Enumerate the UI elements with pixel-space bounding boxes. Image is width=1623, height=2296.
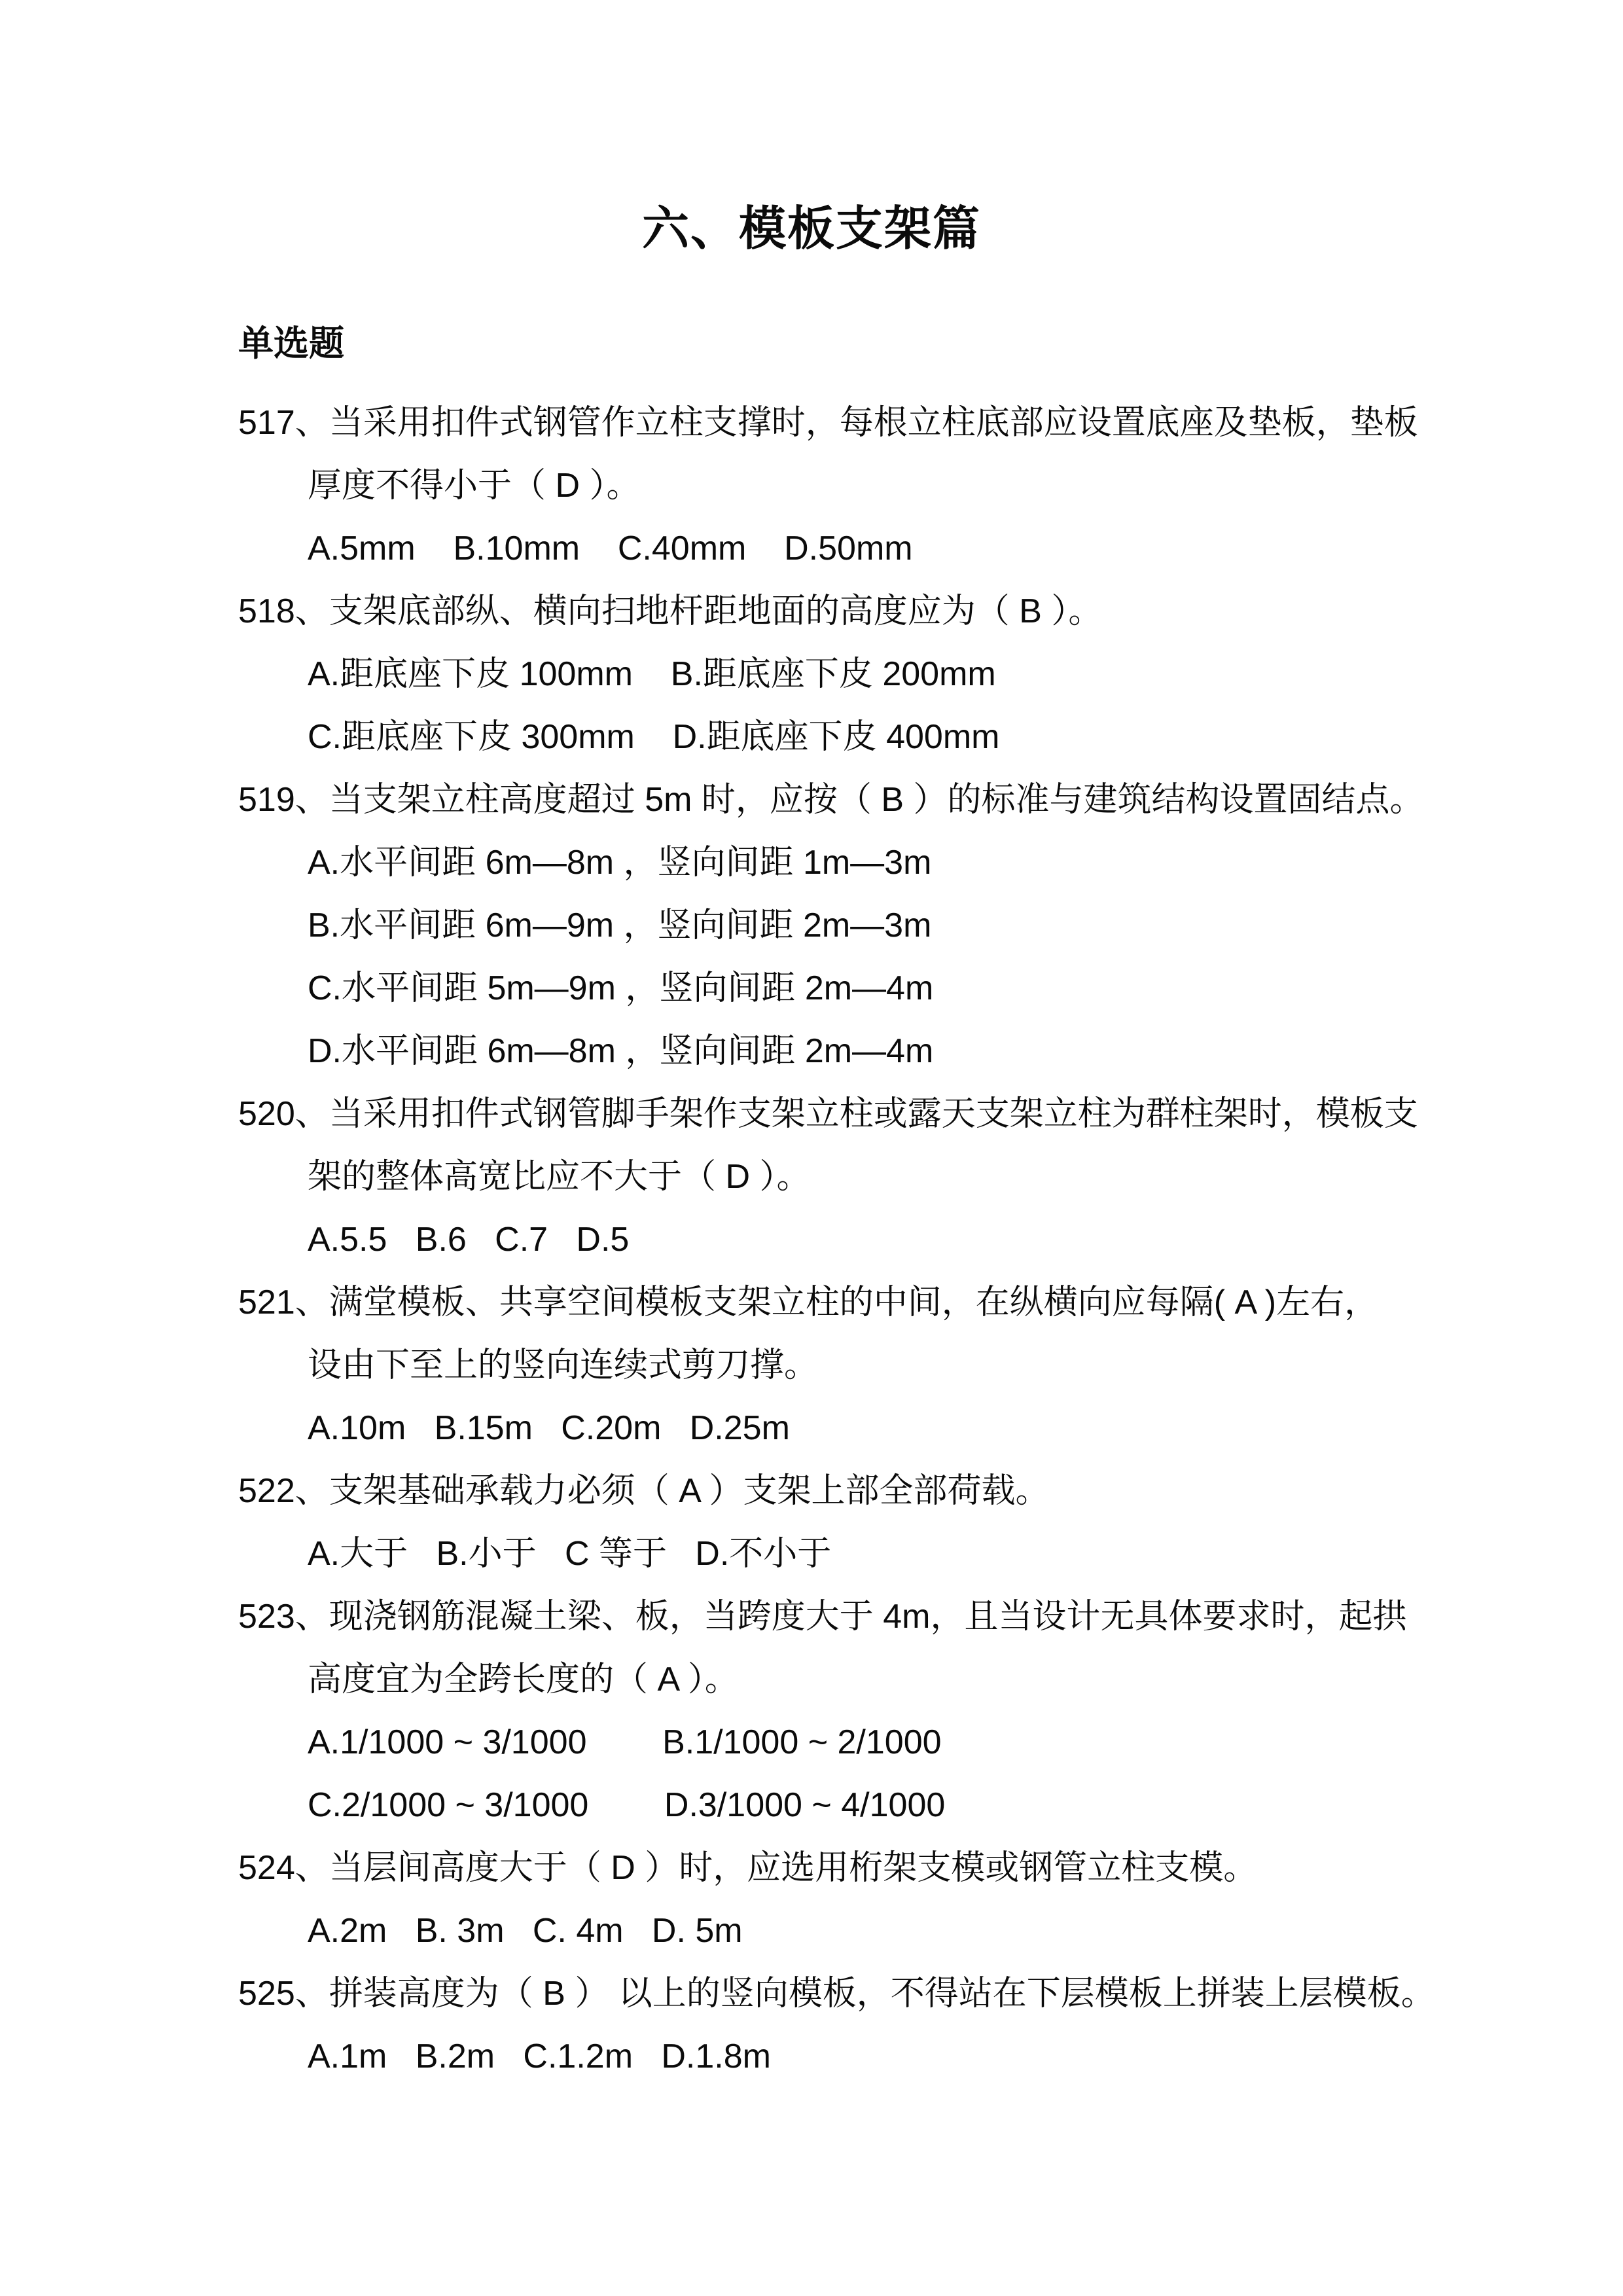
question-list: 517、当采用扣件式钢管作立柱支撑时，每根立柱底部应设置底座及垫板，垫板 厚度不… [238,391,1623,2088]
question-options-line: A.5mm B.10mm C.40mm D.50mm [238,517,1623,580]
question-options-line: A.10m B.15m C.20m D.25m [238,1397,1623,1460]
question-options-line: C.2/1000 ~ 3/1000 D.3/1000 ~ 4/1000 [238,1774,1623,1837]
question-518: 518、支架底部纵、横向扫地杆距地面的高度应为（ B ）。 A.距底座下皮 10… [238,580,1623,768]
question-stem-line: 518、支架底部纵、横向扫地杆距地面的高度应为（ B ）。 [238,580,1623,643]
question-stem-line: 架的整体高宽比应不大于（ D ）。 [238,1145,1623,1208]
section-heading: 单选题 [238,312,1623,375]
page-title: 六、模板支架篇 [0,0,1623,260]
question-stem-line: 520、当采用扣件式钢管脚手架作支架立柱或露天支架立柱为群柱架时，模板支 [238,1083,1623,1145]
question-options-line: A.1m B.2m C.1.2m D.1.8m [238,2025,1623,2088]
question-stem-line: 519、当支架立柱高度超过 5m 时，应按（ B ）的标准与建筑结构设置固结点。 [238,768,1623,831]
question-options-line: B.水平间距 6m—9m ，竖向间距 2m—3m [238,894,1623,957]
question-options-line: D.水平间距 6m—8m ，竖向间距 2m—4m [238,1020,1623,1083]
question-options-line: A.1/1000 ~ 3/1000 B.1/1000 ~ 2/1000 [238,1711,1623,1774]
question-520: 520、当采用扣件式钢管脚手架作支架立柱或露天支架立柱为群柱架时，模板支 架的整… [238,1083,1623,1271]
question-options-line: A.大于 B.小于 C 等于 D.不小于 [238,1522,1623,1585]
question-options-line: A.水平间距 6m—8m ，竖向间距 1m—3m [238,831,1623,894]
question-stem-line: 517、当采用扣件式钢管作立柱支撑时，每根立柱底部应设置底座及垫板，垫板 [238,391,1623,454]
question-stem-line: 522、支架基础承载力必须（ A ）支架上部全部荷载。 [238,1460,1623,1522]
question-stem-line: 525、拼装高度为（ B ） 以上的竖向模板，不得站在下层模板上拼装上层模板。 [238,1962,1623,2025]
question-521: 521、满堂模板、共享空间模板支架立柱的中间，在纵横向应每隔( A )左右， 设… [238,1271,1623,1460]
document-page: 六、模板支架篇 单选题 517、当采用扣件式钢管作立柱支撑时，每根立柱底部应设置… [0,0,1623,2296]
question-options-line: A.5.5 B.6 C.7 D.5 [238,1208,1623,1271]
question-525: 525、拼装高度为（ B ） 以上的竖向模板，不得站在下层模板上拼装上层模板。 … [238,1962,1623,2088]
question-options-line: C.距底座下皮 300mm D.距底座下皮 400mm [238,706,1623,768]
question-options-line: C.水平间距 5m—9m ，竖向间距 2m—4m [238,957,1623,1020]
question-524: 524、当层间高度大于（ D ）时，应选用桁架支模或钢管立柱支模。 A.2m B… [238,1837,1623,1962]
question-519: 519、当支架立柱高度超过 5m 时，应按（ B ）的标准与建筑结构设置固结点。… [238,768,1623,1083]
question-stem-line: 524、当层间高度大于（ D ）时，应选用桁架支模或钢管立柱支模。 [238,1837,1623,1899]
question-stem-line: 521、满堂模板、共享空间模板支架立柱的中间，在纵横向应每隔( A )左右， [238,1271,1623,1334]
question-options-line: A.2m B. 3m C. 4m D. 5m [238,1899,1623,1962]
question-options-line: A.距底座下皮 100mm B.距底座下皮 200mm [238,643,1623,706]
question-stem-line: 高度宜为全跨长度的（ A ）。 [238,1648,1623,1711]
question-523: 523、现浇钢筋混凝土梁、板，当跨度大于 4m，且当设计无具体要求时，起拱 高度… [238,1585,1623,1837]
question-stem-line: 523、现浇钢筋混凝土梁、板，当跨度大于 4m，且当设计无具体要求时，起拱 [238,1585,1623,1648]
question-stem-line: 设由下至上的竖向连续式剪刀撑。 [238,1334,1623,1397]
question-stem-line: 厚度不得小于（ D ）。 [238,454,1623,517]
question-522: 522、支架基础承载力必须（ A ）支架上部全部荷载。 A.大于 B.小于 C … [238,1460,1623,1585]
question-517: 517、当采用扣件式钢管作立柱支撑时，每根立柱底部应设置底座及垫板，垫板 厚度不… [238,391,1623,580]
